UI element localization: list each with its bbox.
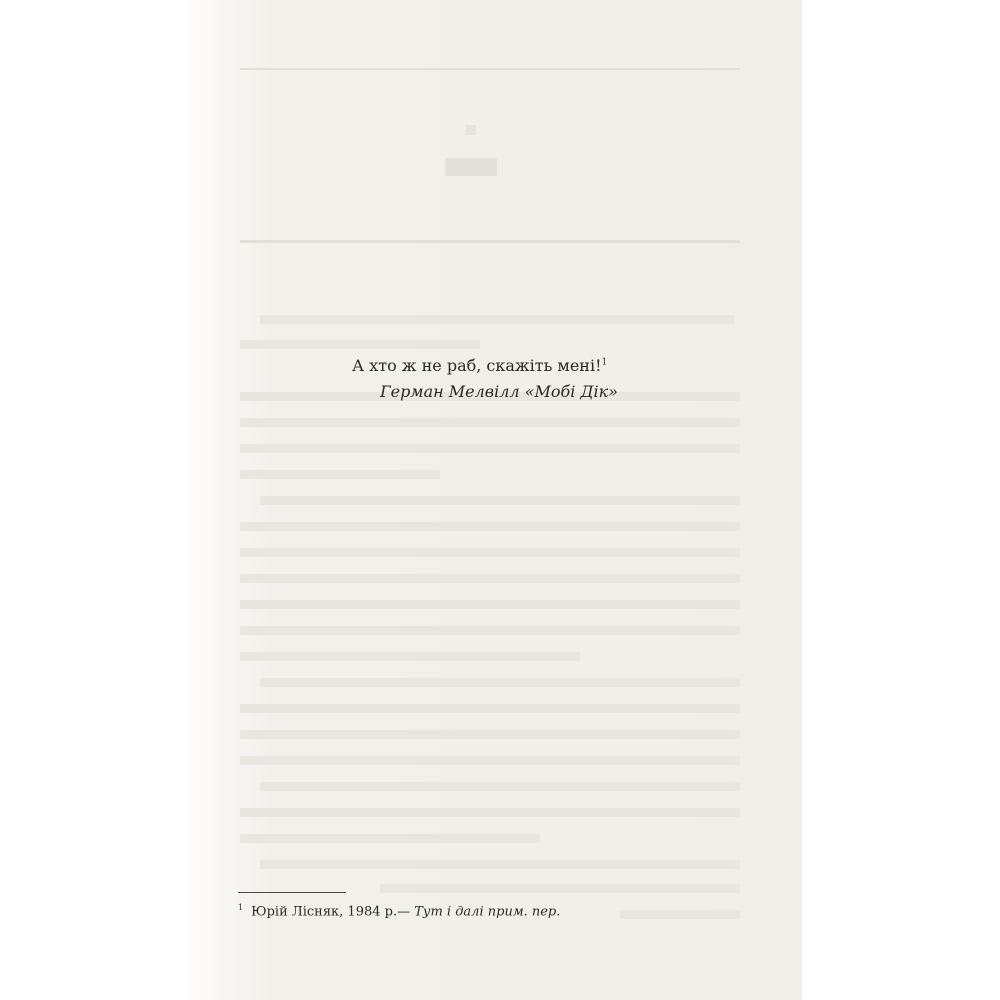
footnote-mark: 1 <box>238 903 243 912</box>
show-through-line <box>240 756 740 765</box>
footnote-text: Юрій Лісняк, 1984 р.— <box>251 904 414 919</box>
show-through-line <box>240 652 580 661</box>
book-page: А хто ж не раб, скажіть мені!1 Герман Ме… <box>180 0 802 1000</box>
show-through-line <box>240 444 740 453</box>
footnote-translator-note: Тут і далі прим. пер. <box>414 904 560 919</box>
epigraph-quote-text: А хто ж не раб, скажіть мені! <box>352 356 602 375</box>
show-through-from-reverse-page <box>180 0 802 1000</box>
show-through-line <box>240 574 740 583</box>
show-through-line <box>240 808 740 817</box>
show-through-line <box>240 834 540 843</box>
show-through-line <box>240 730 740 739</box>
show-through-top-rule <box>240 68 740 70</box>
show-through-line <box>380 884 740 893</box>
show-through-line <box>260 315 735 324</box>
show-through-line <box>240 548 740 557</box>
show-through-chapter-title <box>445 158 497 176</box>
show-through-line <box>240 626 740 635</box>
show-through-header-rule <box>240 240 740 243</box>
show-through-chapter-numeral <box>466 125 476 135</box>
show-through-line <box>240 600 740 609</box>
show-through-line <box>240 522 740 531</box>
epigraph-quote: А хто ж не раб, скажіть мені!1 <box>352 356 607 375</box>
show-through-line <box>240 704 740 713</box>
footnote: 1Юрій Лісняк, 1984 р.— Тут і далі прим. … <box>238 903 560 919</box>
show-through-line <box>260 782 740 791</box>
show-through-line <box>240 470 440 479</box>
show-through-line <box>260 496 740 505</box>
show-through-line <box>260 860 740 869</box>
show-through-line <box>240 418 740 427</box>
show-through-line <box>260 678 740 687</box>
epigraph-attribution: Герман Мелвілл «Мобі Дік» <box>380 382 618 401</box>
footnote-reference-mark: 1 <box>602 358 608 368</box>
footnote-separator <box>238 892 346 893</box>
show-through-line <box>240 340 480 349</box>
show-through-line <box>620 910 740 919</box>
